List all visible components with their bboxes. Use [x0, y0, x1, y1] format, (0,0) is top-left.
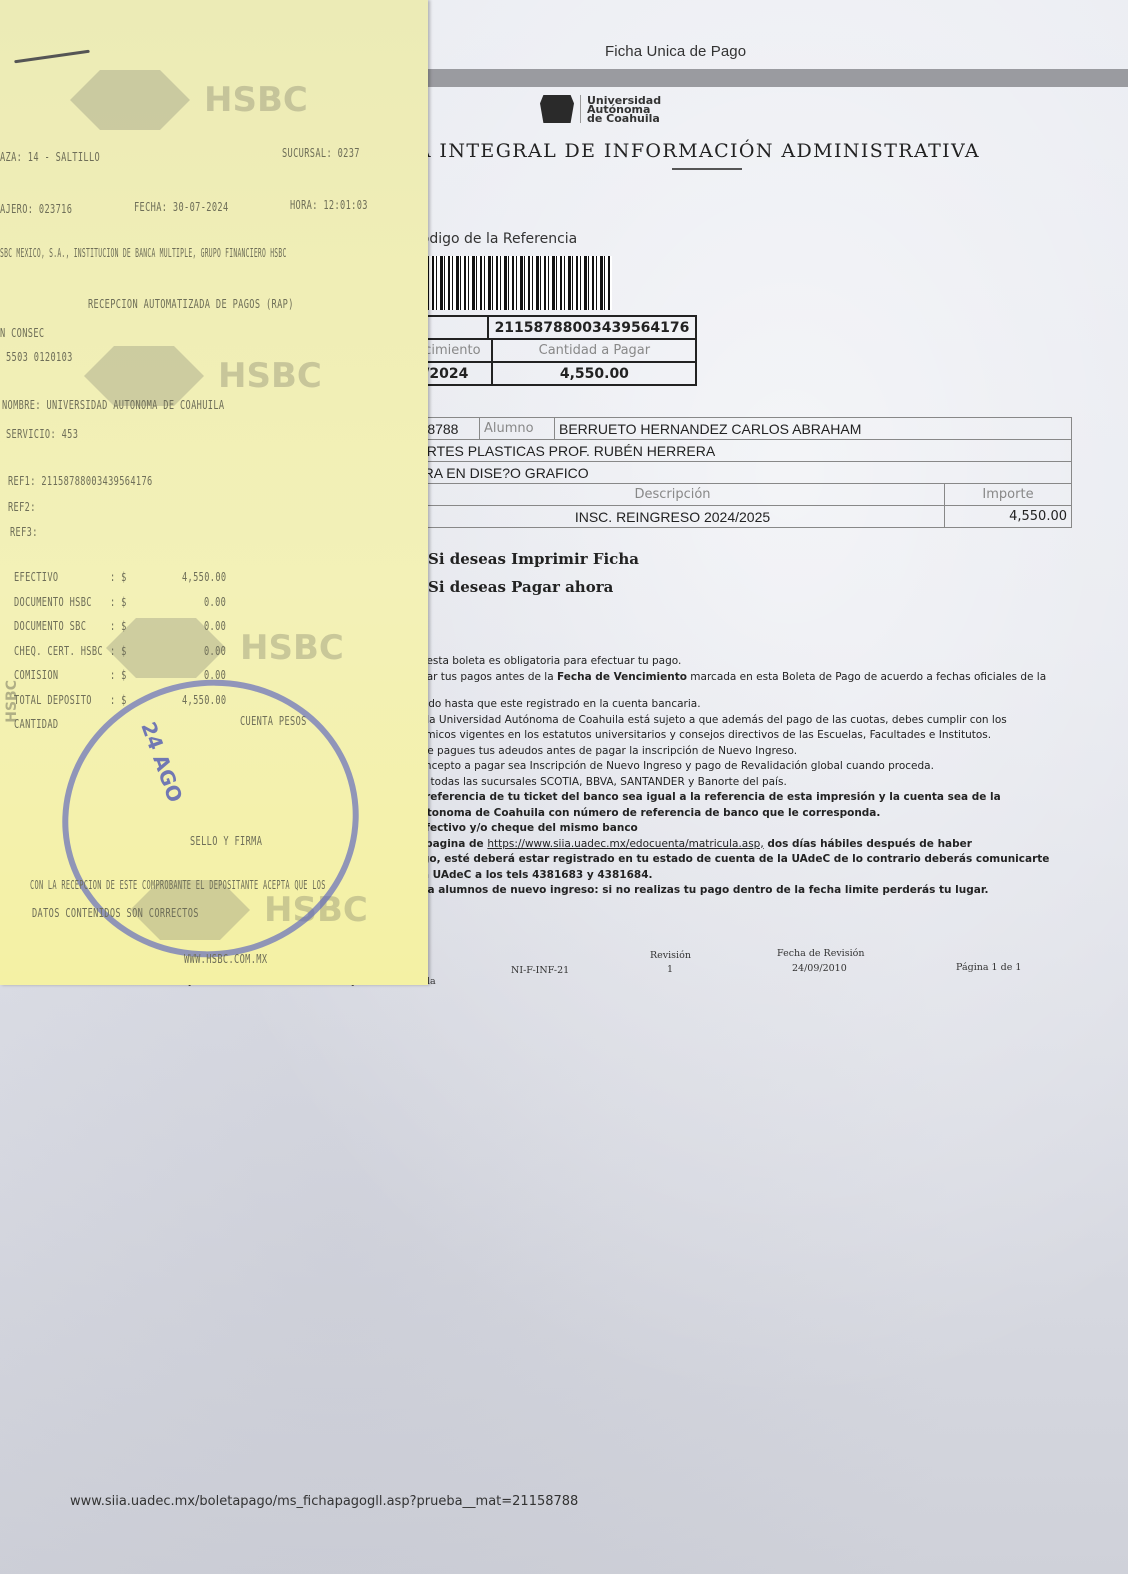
- receipt-ref3: REF3:: [10, 525, 38, 539]
- amount-separator: : $: [110, 595, 127, 609]
- university-logo: Universidad Autónoma de Coahuila: [540, 95, 661, 123]
- amount-value: 4,550.00: [182, 693, 226, 707]
- receipt-website: WWW.HSBC.COM.MX: [184, 952, 267, 966]
- amount-separator: : $: [110, 570, 127, 584]
- university-logo-text: Universidad Autónoma de Coahuila: [587, 96, 661, 123]
- note-line: cadémicos vigentes en los estatutos univ…: [400, 729, 1080, 743]
- receipt-consec: N CONSEC: [0, 326, 44, 340]
- reference-label: Código de la Referencia: [411, 231, 577, 247]
- title-underline: [672, 168, 742, 170]
- logo-divider: [580, 95, 581, 123]
- note-line: e la referencia de tu ticket del banco s…: [400, 791, 1080, 805]
- payment-instructions: n de esta boleta es obligatoria para efe…: [400, 655, 1080, 900]
- importe-header: Importe: [945, 484, 1072, 506]
- hsbc-receipt: HSBC HSBC HSBC HSBC HSBC AZA: 14 - SALTI…: [0, 0, 428, 985]
- amount-value: 4,550.00: [492, 362, 696, 385]
- note-line: ón a la Universidad Autónoma de Coahuila…: [400, 714, 1080, 728]
- header-band: [392, 69, 1128, 87]
- amount-value: 0.00: [204, 619, 226, 633]
- receipt-ref1: REF1: 21158788003439564176: [8, 474, 153, 488]
- note-line: a la pagina de https://www.siia.uadec.mx…: [400, 838, 1080, 852]
- hsbc-hexagon-icon: [70, 70, 190, 130]
- student-info-table: 1158788 Alumno BERRUETO HERNANDEZ CARLOS…: [400, 417, 1072, 528]
- amount-value: 0.00: [204, 595, 226, 609]
- pay-now-option[interactable]: Si deseas Pagar ahora: [408, 573, 639, 601]
- concept-amount: 4,550.00: [945, 506, 1072, 528]
- university-crest-icon: [540, 95, 574, 123]
- amount-label: TOTAL DEPOSITO: [14, 693, 92, 707]
- hsbc-hexagon-icon: [84, 346, 204, 406]
- receipt-cajero: AJERO: 023716: [0, 202, 72, 216]
- note-line: te que pagues tus adeudos antes de pagar…: [400, 745, 1080, 759]
- reference-number: 21158788003439564176: [488, 316, 697, 339]
- amount-label: CANTIDAD: [14, 717, 58, 731]
- amount-separator: : $: [110, 619, 127, 633]
- amount-label: EFECTIVO: [14, 570, 58, 584]
- student-name: BERRUETO HERNANDEZ CARLOS ABRAHAM: [555, 418, 1072, 440]
- description-header: Descripción: [401, 484, 945, 506]
- amount-label: COMISION: [14, 668, 58, 682]
- reference-barcode: [400, 256, 612, 310]
- amount-label: CHEQ. CERT. HSBC: [14, 644, 103, 658]
- amount-separator: : $: [110, 644, 127, 658]
- amount-value: 4,550.00: [182, 570, 226, 584]
- options-list: Si deseas Imprimir Ficha Si deseas Pagar…: [408, 545, 639, 601]
- amount-label: DOCUMENTO HSBC: [14, 595, 92, 609]
- note-line: : Para alumnos de nuevo ingreso: si no r…: [400, 884, 1080, 898]
- revision-date-label: Fecha de Revisión: [777, 948, 864, 959]
- receipt-ref2: REF2:: [8, 500, 36, 514]
- receipt-sucursal: SUCURSAL: 0237: [282, 146, 360, 160]
- receipt-plaza: AZA: 14 - SALTILLO: [0, 150, 100, 164]
- program-name: TURA EN DISE?O GRAFICO: [401, 462, 1072, 484]
- receipt-hora: HORA: 12:01:03: [290, 198, 368, 212]
- receipt-bank-name: SBC MEXICO, S.A., INSTITUCION DE BANCA M…: [0, 246, 287, 260]
- note-line: á válido hasta que este registrado en la…: [400, 698, 1080, 712]
- receipt-fecha: FECHA: 30-07-2024: [134, 200, 229, 214]
- system-title: MA INTEGRAL DE INFORMACIÓN ADMINISTRATIV…: [396, 140, 980, 162]
- amount-label: DOCUMENTO SBC: [14, 619, 86, 633]
- amount-value: 0.00: [204, 644, 226, 658]
- receipt-nombre: NOMBRE: UNIVERSIDAD AUTONOMA DE COAHUILA: [2, 398, 224, 412]
- revision-date: 24/09/2010: [792, 963, 847, 974]
- page-number: Página 1 de 1: [956, 962, 1021, 973]
- note-line: d Autonoma de Coahuila con número de ref…: [400, 807, 1080, 821]
- form-code: NI-F-INF-21: [511, 965, 569, 976]
- amount-separator: : $: [110, 693, 127, 707]
- hsbc-watermark: HSBC: [70, 70, 308, 130]
- note-line: l pago, esté deberá estar registrado en …: [400, 853, 1080, 867]
- note-line: fectuar tus pagos antes de la Fecha de V…: [400, 671, 1080, 685]
- receipt-seal-label: SELLO Y FIRMA: [190, 834, 262, 848]
- alumno-label: Alumno: [480, 418, 555, 440]
- print-url: www.siia.uadec.mx/boletapago/ms_fichapag…: [70, 1494, 578, 1509]
- account-status-link[interactable]: https://www.siia.uadec.mx/edocuenta/matr…: [487, 838, 763, 850]
- reference-table: a 21158788003439564176 encimiento Cantid…: [400, 315, 697, 386]
- staple: [14, 50, 90, 64]
- amount-separator: : $: [110, 668, 127, 682]
- document-title: Ficha Unica de Pago: [605, 43, 746, 60]
- school-name: E ARTES PLASTICAS PROF. RUBÉN HERRERA: [401, 440, 1072, 462]
- receipt-acceptance-1: CON LA RECEPCION DE ESTE COMPROBANTE EL …: [30, 878, 326, 892]
- receipt-consec-values: 5503 0120103: [6, 350, 73, 364]
- receipt-servicio: SERVICIO: 453: [6, 427, 78, 441]
- note-line: el concepto a pagar sea Inscripción de N…: [400, 760, 1080, 774]
- print-slip-option[interactable]: Si deseas Imprimir Ficha: [408, 545, 639, 573]
- note-line: ar en todas las sucursales SCOTIA, BBVA,…: [400, 776, 1080, 790]
- receipt-acceptance-2: DATOS CONTENIDOS SON CORRECTOS: [32, 906, 199, 920]
- amount-value: 0.00: [204, 668, 226, 682]
- concept-description: INSC. REINGRESO 2024/2025: [401, 506, 945, 528]
- hsbc-watermark: HSBC: [84, 346, 322, 406]
- note-line: de la UAdeC a los tels 4381683 y 4381684…: [400, 869, 1080, 883]
- receipt-service-type: RECEPCION AUTOMATIZADA DE PAGOS (RAP): [88, 297, 294, 311]
- note-line: en efectivo y/o cheque del mismo banco: [400, 822, 1080, 836]
- revision-label: Revisión: [650, 950, 691, 961]
- note-line: n de esta boleta es obligatoria para efe…: [400, 655, 1080, 669]
- revision-value: 1: [667, 964, 673, 975]
- amount-label: Cantidad a Pagar: [492, 339, 696, 362]
